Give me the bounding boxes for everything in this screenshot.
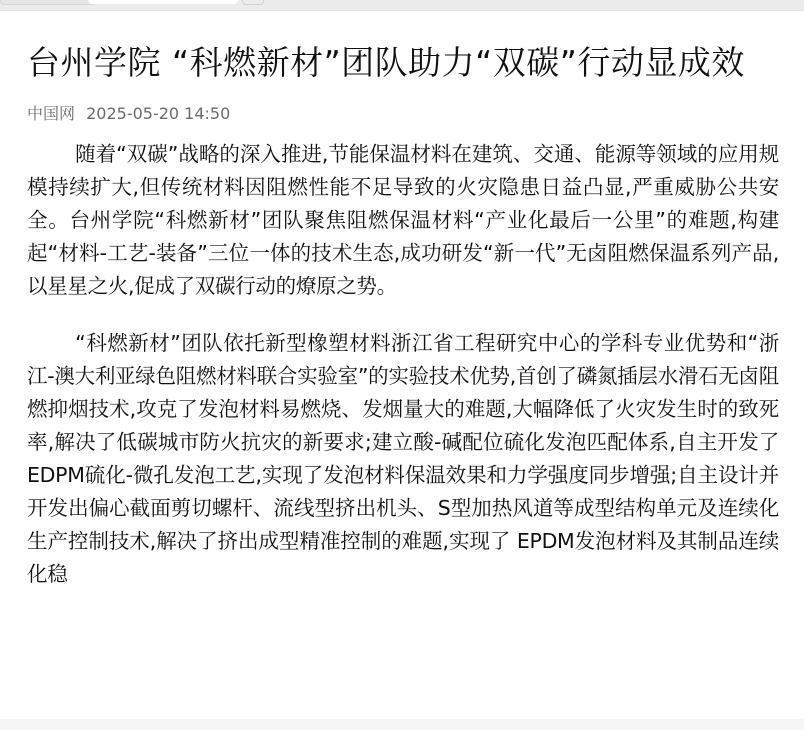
browser-tab-inactive[interactable]	[0, 0, 95, 5]
article-source[interactable]: 中国网	[27, 104, 75, 123]
browser-tab-active[interactable]	[88, 0, 238, 4]
new-tab-button[interactable]	[242, 0, 264, 5]
article: 台州学院 “科燃新材”团队助力“双碳”行动显成效 中国网 2025-05-20 …	[27, 38, 779, 591]
article-paragraph: 随着“双碳”战略的深入推进,节能保温材料在建筑、交通、能源等领域的应用规模持续扩…	[27, 138, 779, 303]
article-meta: 中国网 2025-05-20 14:50	[27, 104, 779, 124]
article-title: 台州学院 “科燃新材”团队助力“双碳”行动显成效	[27, 38, 779, 87]
article-paragraph: “科燃新材”团队依托新型橡塑材料浙江省工程研究中心的学科专业优势和“浙江-澳大利…	[27, 327, 779, 591]
article-datetime: 2025-05-20 14:50	[86, 104, 230, 123]
page-bottom-edge	[0, 719, 804, 730]
browser-tab-strip	[0, 0, 804, 11]
